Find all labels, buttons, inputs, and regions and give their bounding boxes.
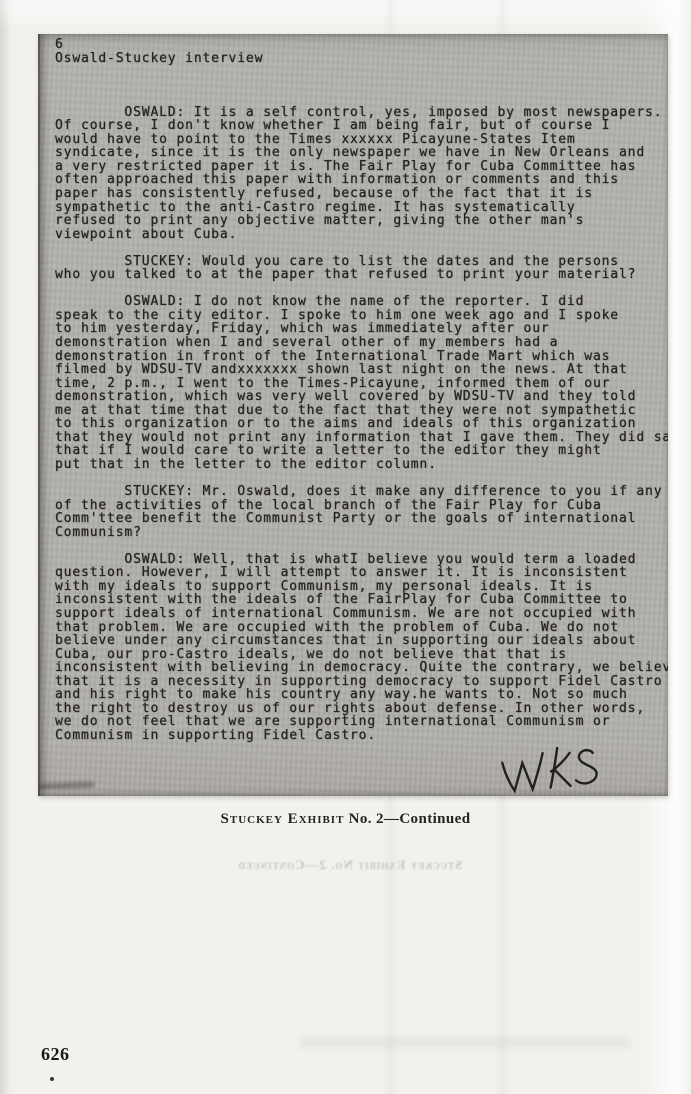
exhibit-caption: Stuckey Exhibit No. 2—Continued [0,811,691,828]
typed-transcript: 6 Oswald-Stuckey interview OSWALD: It is… [55,38,668,742]
exhibit-caption-rest: No. 2—Continued [344,811,470,827]
wks-signature [496,737,618,796]
page-number-dot [50,1077,54,1081]
exhibit-caption-smallcaps: Stuckey Exhibit [221,811,345,827]
bleed-through-caption: Stuckey Exhibit No. 2—Continued [150,857,550,873]
scan-smudge [300,1038,630,1048]
page-number: 626 [41,1044,70,1065]
photostat-document: 6 Oswald-Stuckey interview OSWALD: It is… [38,34,668,796]
